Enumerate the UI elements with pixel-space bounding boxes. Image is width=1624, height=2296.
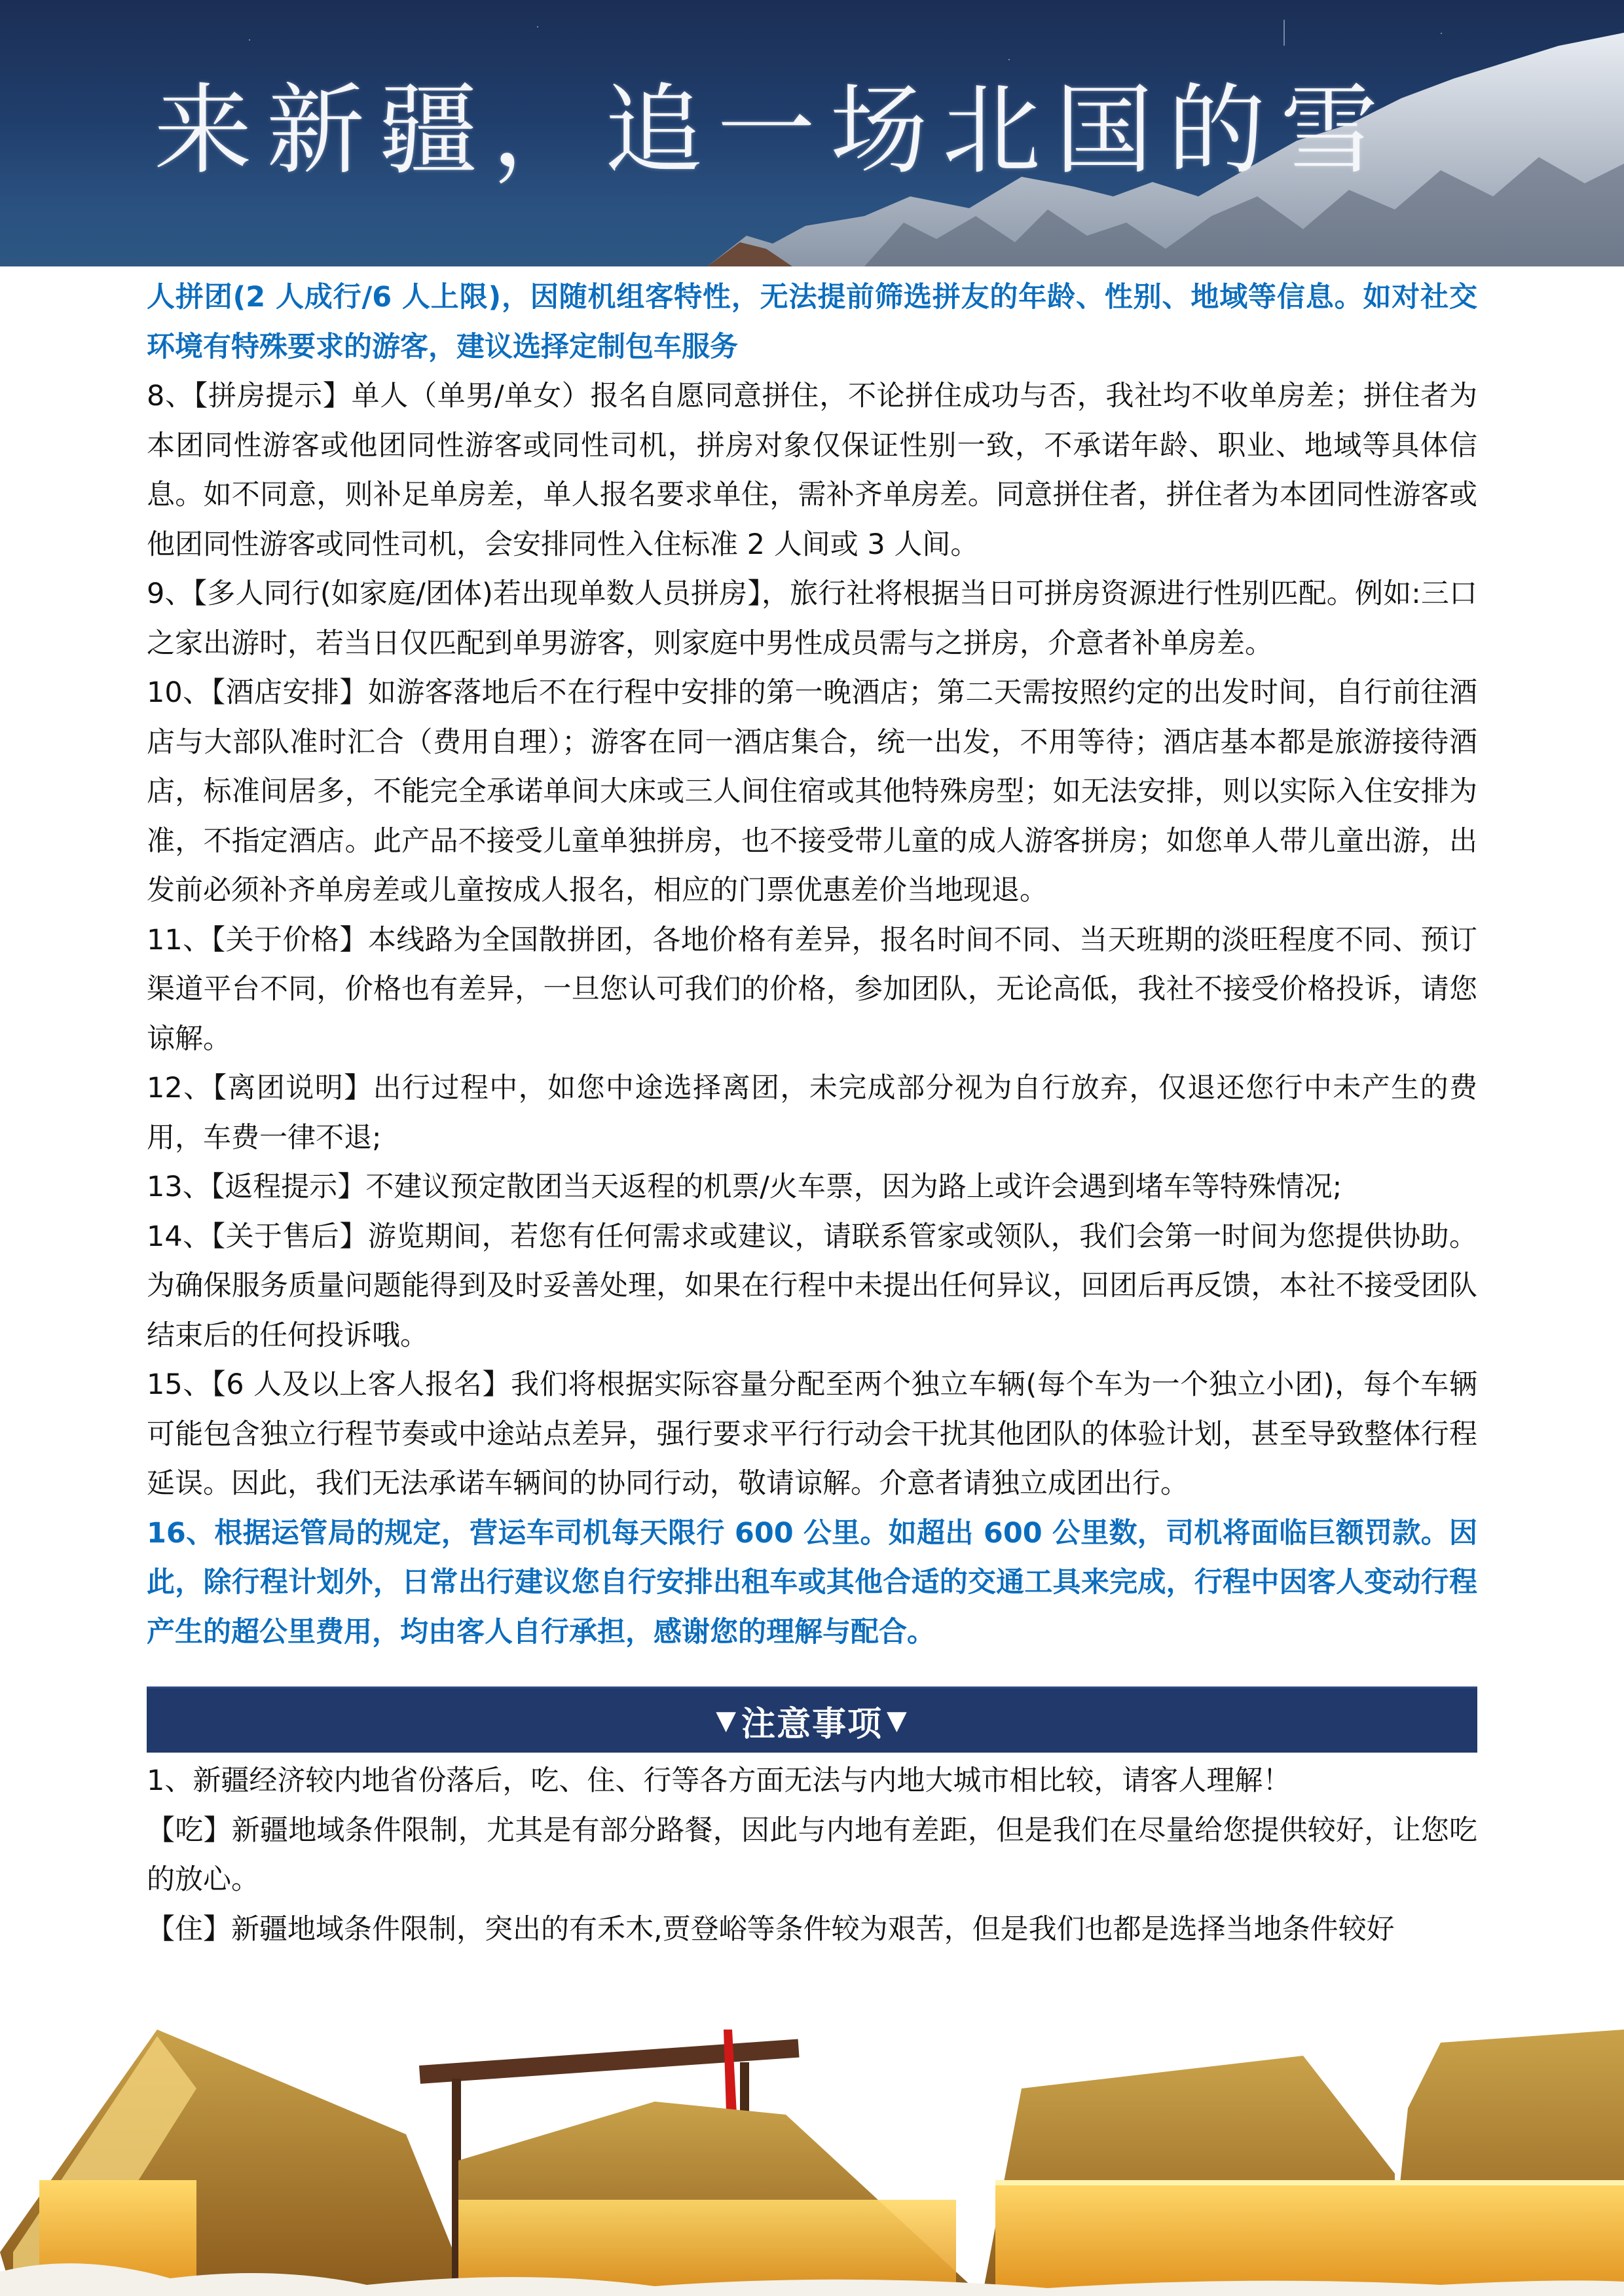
term-item-12: 12、【离团说明】出行过程中，如您中途选择离团，未完成部分视为自行放弃，仅退还您… bbox=[147, 1064, 1477, 1163]
note-item-1: 1、新疆经济较内地省份落后，吃、住、行等各方面无法与内地大城市相比较，请客人理解… bbox=[147, 1757, 1477, 1806]
banner-title: 来新疆，追一场北国的雪 bbox=[154, 82, 1503, 180]
term-number: 15、 bbox=[147, 1368, 212, 1401]
term-tag: 【6 人及以上客人报名】 bbox=[212, 1368, 511, 1401]
note-text: 新疆地域条件限制，尤其是有部分路餐，因此与内地有差距，但是我们在尽量给您提供较好… bbox=[147, 1814, 1477, 1897]
note-tag: 【吃】 bbox=[147, 1814, 232, 1847]
term-item-8: 8、【拼房提示】单人（单男/单女）报名自愿同意拼住，不论拼住成功与否，我社均不收… bbox=[147, 372, 1477, 570]
term-tag: 【酒店安排】 bbox=[212, 676, 368, 709]
triangle-down-icon: ▼ bbox=[887, 1705, 908, 1736]
term-tag: 【离团说明】 bbox=[213, 1072, 373, 1104]
term-item-14: 14、【关于售后】游览期间，若您有任何需求或建议，请联系管家或领队，我们会第一时… bbox=[147, 1212, 1477, 1361]
snow-village-illustration bbox=[0, 2016, 1624, 2296]
term-item-10: 10、【酒店安排】如游客落地后不在行程中安排的第一晚酒店；第二天需按照约定的出发… bbox=[147, 668, 1477, 916]
term-number: 12、 bbox=[147, 1072, 213, 1104]
term-tag: 【拼房提示】 bbox=[194, 380, 352, 412]
group-tour-notice: 人拼团(2 人成行/6 人上限)，因随机组客特性，无法提前筛选拼友的年龄、性别、… bbox=[147, 273, 1477, 372]
note-stay: 【住】新疆地域条件限制，突出的有禾木,贾登峪等条件较为艰苦，但是我们也都是选择当… bbox=[147, 1905, 1477, 1955]
terms-content: 人拼团(2 人成行/6 人上限)，因随机组客特性，无法提前筛选拼友的年龄、性别、… bbox=[147, 273, 1477, 1657]
term-tag: 【关于售后】 bbox=[212, 1220, 368, 1253]
term-item-15: 15、【6 人及以上客人报名】我们将根据实际容量分配至两个独立车辆(每个车为一个… bbox=[147, 1360, 1477, 1509]
term-item-13: 13、【返程提示】不建议预定散团当天返程的机票/火车票，因为路上或许会遇到堵车等… bbox=[147, 1163, 1477, 1212]
notes-content: 1、新疆经济较内地省份落后，吃、住、行等各方面无法与内地大城市相比较，请客人理解… bbox=[147, 1757, 1477, 1954]
term-tag: 【返程提示】 bbox=[211, 1171, 366, 1203]
term-number: 10、 bbox=[147, 676, 212, 709]
section-header-notes: ▼ 注意事项 ▼ bbox=[147, 1686, 1477, 1753]
term-number: 13、 bbox=[147, 1171, 211, 1203]
term-item-11: 11、【关于价格】本线路为全国散拼团，各地价格有差异，报名时间不同、当天班期的淡… bbox=[147, 916, 1477, 1065]
term-number: 14、 bbox=[147, 1220, 212, 1253]
term-tag: 【多人同行(如家庭/团体)若出现单数人员拼房】 bbox=[193, 577, 762, 610]
term-item-9: 9、【多人同行(如家庭/团体)若出现单数人员拼房】，旅行社将根据当日可拼房资源进… bbox=[147, 570, 1477, 668]
triangle-down-icon: ▼ bbox=[716, 1705, 737, 1736]
term-tag: 【关于价格】 bbox=[212, 924, 368, 957]
note-text: 新疆地域条件限制，突出的有禾木,贾登峪等条件较为艰苦，但是我们也都是选择当地条件… bbox=[231, 1913, 1395, 1946]
note-tag: 【住】 bbox=[147, 1913, 231, 1946]
term-number: 8、 bbox=[147, 380, 194, 412]
term-number: 9、 bbox=[147, 577, 193, 610]
term-text: 如游客落地后不在行程中安排的第一晚酒店；第二天需按照约定的出发时间，自行前往酒店… bbox=[147, 676, 1477, 907]
term-number: 11、 bbox=[147, 924, 212, 957]
section-title: 注意事项 bbox=[741, 1696, 883, 1745]
note-eat: 【吃】新疆地域条件限制，尤其是有部分路餐，因此与内地有差距，但是我们在尽量给您提… bbox=[147, 1806, 1477, 1905]
term-item-16-mileage-limit: 16、根据运管局的规定，营运车司机每天限行 600 公里。如超出 600 公里数… bbox=[147, 1509, 1477, 1658]
header-banner: 来新疆，追一场北国的雪 bbox=[0, 0, 1624, 266]
term-text: 不建议预定散团当天返程的机票/火车票，因为路上或许会遇到堵车等特殊情况; bbox=[365, 1171, 1342, 1203]
